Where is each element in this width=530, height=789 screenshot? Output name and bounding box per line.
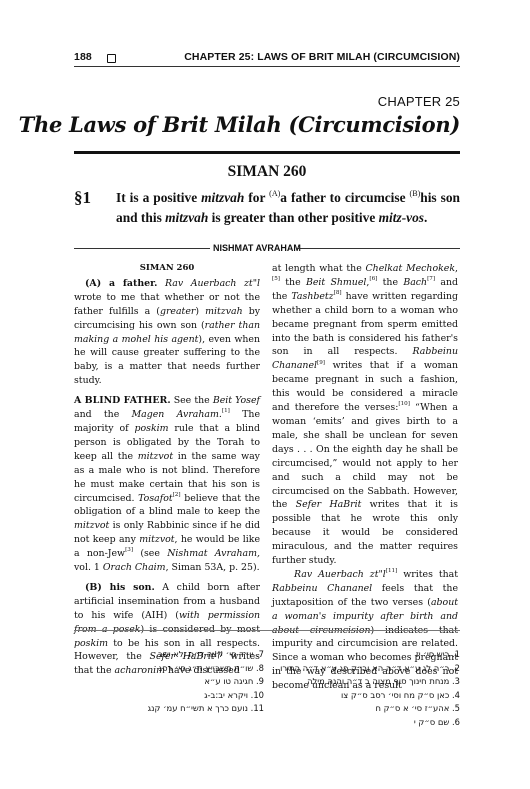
chapter-label: CHAPTER 25 [378, 94, 460, 109]
footnote-8: 8. שו״ת תשב״ץ ח״ג סי׳ רסג [74, 662, 264, 676]
footnote-10: 10. ויקרא יב:ב-ג [74, 689, 264, 703]
footnote-1: 1. ריש סי׳ יז [270, 648, 460, 662]
commentary-right-column: at length what the Chelkat Mechokek,[5] … [272, 262, 458, 693]
footnotes-left-column: 7. יו״ד סי׳ קצה ד״ה ולא ישב 8. שו״ת תשב״… [74, 648, 264, 716]
note-marker-a[interactable]: (A) [269, 189, 280, 198]
footnote-ref-8[interactable]: [8] [334, 290, 342, 296]
footnote-2: 2. ר״ה לג ע״א ד״ה הא וב״ק פג ע״א ד״ה התי… [270, 662, 460, 676]
section-symbol: §1 [74, 188, 91, 208]
footnote-ref-5[interactable]: [5] [272, 276, 280, 282]
paragraph-blind-father: A BLIND FATHER. See the Beit Yosef and t… [74, 394, 260, 575]
footnote-ref-7[interactable]: [7] [427, 276, 435, 282]
footnotes-right-column: 1. ריש סי׳ יז 2. ר״ה לג ע״א ד״ה הא וב״ק … [270, 648, 460, 730]
note-marker-b[interactable]: (B) [410, 189, 421, 198]
commentary-header: NISHMAT AVRAHAM [74, 243, 460, 255]
footnote-3: 3. מנחת חינוך סוף מצוה ב ד״ה והנה מילה [270, 675, 460, 689]
footnote-11: 11. נועם כרך א תשי״ח עמ׳ קנג [74, 702, 264, 716]
page-number: 188 [74, 51, 92, 63]
siman-heading: SIMAN 260 [74, 163, 460, 181]
footnote-7: 7. יו״ד סי׳ קצה ד״ה ולא ישב [74, 648, 264, 662]
footnote-4: 4. כאן ס״ק מח וסי׳ רסב ס״ק צו [270, 689, 460, 703]
book-page: 188 CHAPTER 25: LAWS OF BRIT MILAH (CIRC… [74, 0, 460, 789]
square-box-icon [107, 54, 116, 63]
running-head: 188 CHAPTER 25: LAWS OF BRIT MILAH (CIRC… [74, 51, 460, 67]
footnote-5: 5. אהע״ז סי׳ א ס״ק ח [270, 702, 460, 716]
header-line-right [296, 248, 460, 249]
paragraph-continued: at length what the Chelkat Mechokek,[5] … [272, 262, 458, 568]
footnote-ref-6[interactable]: [6] [369, 276, 377, 282]
column-subheading: SIMAN 260 [74, 262, 260, 276]
footnote-ref-9[interactable]: [9] [317, 360, 325, 366]
section-text: It is a positive mitzvah for (A)a father… [116, 188, 460, 227]
footnote-ref-1[interactable]: [1] [222, 408, 230, 414]
commentary-title: NISHMAT AVRAHAM [213, 243, 301, 253]
footnote-9: 9. חגיגה טו ע״א [74, 675, 264, 689]
footnote-ref-3[interactable]: [3] [125, 547, 133, 553]
footnote-6: 6. שם ס״ק י [270, 716, 460, 730]
paragraph-a-father: (A) a father. Rav Auerbach zt"l wrote to… [74, 277, 260, 388]
title-rule [74, 151, 460, 154]
footnotes-rule [74, 630, 460, 631]
footnote-ref-10[interactable]: [10] [398, 401, 410, 407]
header-line-left [74, 248, 210, 249]
footnote-ref-2[interactable]: [2] [173, 492, 181, 498]
header-rule [74, 66, 460, 67]
footnote-ref-11[interactable]: [11] [386, 568, 398, 574]
chapter-title: The Laws of Brit Milah (Circumcision) [19, 112, 460, 137]
running-head-title: CHAPTER 25: LAWS OF BRIT MILAH (CIRCUMCI… [184, 51, 460, 63]
commentary-left-column: SIMAN 260 (A) a father. Rav Auerbach zt"… [74, 262, 260, 678]
